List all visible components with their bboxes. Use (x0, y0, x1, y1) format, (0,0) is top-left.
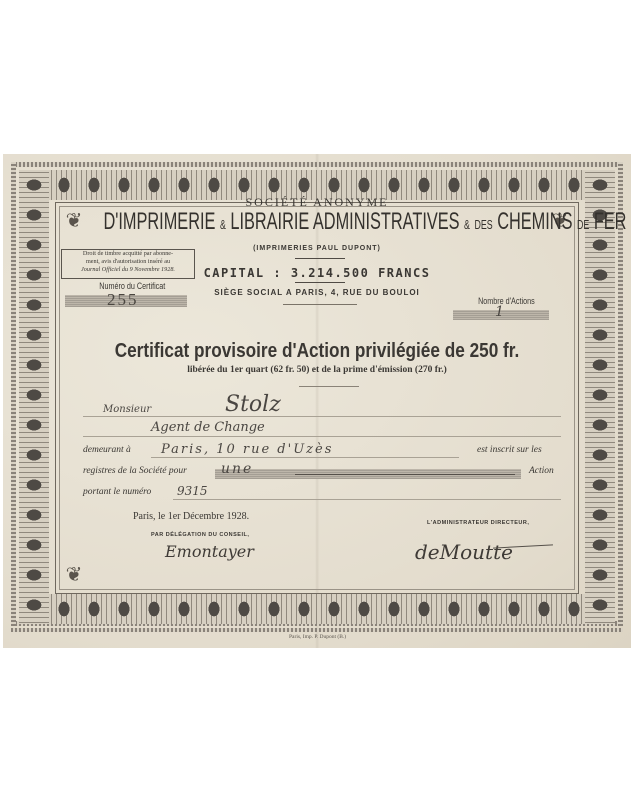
bottom-rope (11, 628, 623, 632)
certificate-heading: Certificat provisoire d'Action privilégi… (47, 340, 587, 363)
residing-value: Paris, 10 rue d'Uzès (161, 442, 333, 457)
holder-name: Stolz (225, 392, 281, 417)
occupation-line (83, 436, 561, 437)
ornamental-border-left (19, 170, 49, 624)
company-name-part: FER (594, 208, 627, 235)
action-label: Action (529, 466, 554, 476)
holder-prefix: Monsieur (103, 404, 151, 415)
company-name-part: DES (474, 217, 492, 232)
divider (299, 386, 359, 387)
stamp-note-line: Journal Officiel du 9 Novembre 1928. (62, 266, 194, 274)
registers-strike-line (295, 474, 515, 475)
divider (283, 304, 357, 305)
divider (295, 258, 345, 259)
certificate-number: 255 (107, 290, 139, 310)
number-value: 9315 (177, 484, 208, 498)
holder-occupation: Agent de Change (151, 420, 265, 435)
certificate-subheading: libérée du 1er quart (62 fr. 50) et de l… (3, 365, 631, 375)
company-name-part: CHEMINS (497, 208, 572, 235)
registers-label: registres de la Société pour (83, 466, 187, 476)
stamp-note-line: Droit de timbre acquitté par abonne- (62, 250, 194, 258)
company-name-part: LIBRAIRIE ADMINISTRATIVES (230, 208, 459, 235)
printer-credit: Paris, Imp. P. Dupont (B.) (289, 634, 346, 640)
residing-line (151, 457, 459, 458)
number-line (173, 499, 561, 500)
registered-label: est inscrit sur les (477, 445, 542, 455)
company-name: D'IMPRIMERIE & LIBRAIRIE ADMINISTRATIVES… (103, 208, 530, 236)
company-name-part: D'IMPRIMERIE (103, 208, 215, 235)
registers-value: une (221, 461, 253, 477)
divider (295, 282, 345, 283)
ornamental-border-right (585, 170, 615, 624)
corner-flourish-icon: ❦ (63, 210, 85, 232)
delegation-signature: Emontayer (165, 542, 254, 561)
number-label: portant le numéro (83, 487, 151, 497)
ornamental-border-bottom (19, 594, 615, 624)
delegation-label: PAR DÉLÉGATION DU CONSEIL, (151, 532, 249, 538)
ampersand: & (464, 217, 470, 232)
shares-count-label: Nombre d'Actions (478, 296, 535, 306)
stamp-note-line: ment, avis d'autorisation inséré au (62, 258, 194, 266)
shares-count: 1 (495, 304, 504, 320)
outer-rope-top (11, 162, 623, 167)
stamp-duty-note: Droit de timbre acquitté par abonne- men… (61, 249, 195, 279)
company-name-part: DE (577, 217, 589, 232)
ampersand: & (220, 217, 226, 232)
residing-label: demeurant à (83, 445, 131, 455)
corner-flourish-icon: ❦ (63, 564, 85, 586)
outer-rope-left (11, 162, 16, 626)
director-label: L'ADMINISTRATEUR DIRECTEUR, (427, 520, 529, 526)
place-date: Paris, le 1er Décembre 1928. (133, 511, 249, 522)
certificate-paper: ❦ ❦ ❦ SOCIÉTÉ ANONYME D'IMPRIMERIE & LIB… (3, 154, 631, 648)
director-signature: deMoutte (415, 540, 513, 564)
holder-line (83, 416, 561, 417)
